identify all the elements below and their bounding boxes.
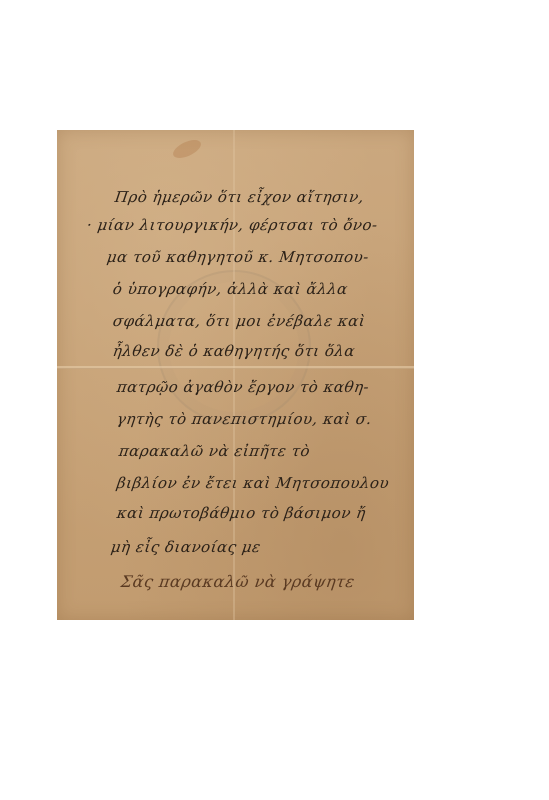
text-line-5: σφάλματα, ὅτι μοι ἐνέβαλε καὶ [112,312,367,330]
text-line-10: βιβλίον ἐν ἔτει καὶ Μητσοπουλου [116,474,391,492]
handwritten-text: Πρὸ ἡμερῶν ὅτι εἶχον αἴτησιν, · μίαν λιτ… [57,130,414,620]
text-line-12: μὴ εἶς διανοίας με [110,538,262,556]
text-line-9: παρακαλῶ νὰ εἰπῆτε τὸ [118,442,312,460]
text-line-2: · μίαν λιτουργικήν, φέρτσαι τὸ ὄνο- [86,216,379,234]
text-line-1: Πρὸ ἡμερῶν ὅτι εἶχον αἴτησιν, [114,188,366,206]
text-line-7: πατρῷο ἀγαθὸν ἔργον τὸ καθη- [116,378,371,396]
text-line-6: ἦλθεν δὲ ὁ καθηγητής ὅτι ὅλα [112,342,357,360]
text-line-4: ὁ ὑπογραφήν, ἀλλὰ καὶ ἄλλα [112,280,349,298]
text-line-3: μα τοῦ καθηγητοῦ κ. Μητσοπου- [106,248,370,266]
text-line-13: Σᾶς παρακαλῶ νὰ γράψητε [120,572,356,591]
text-line-11: καὶ πρωτοβάθμιο τὸ βάσιμον ἤ [116,504,367,522]
text-line-8: γητὴς τὸ πανεπιστημίου, καὶ σ. [116,410,373,428]
letter-page: Πρὸ ἡμερῶν ὅτι εἶχον αἴτησιν, · μίαν λιτ… [57,130,414,620]
